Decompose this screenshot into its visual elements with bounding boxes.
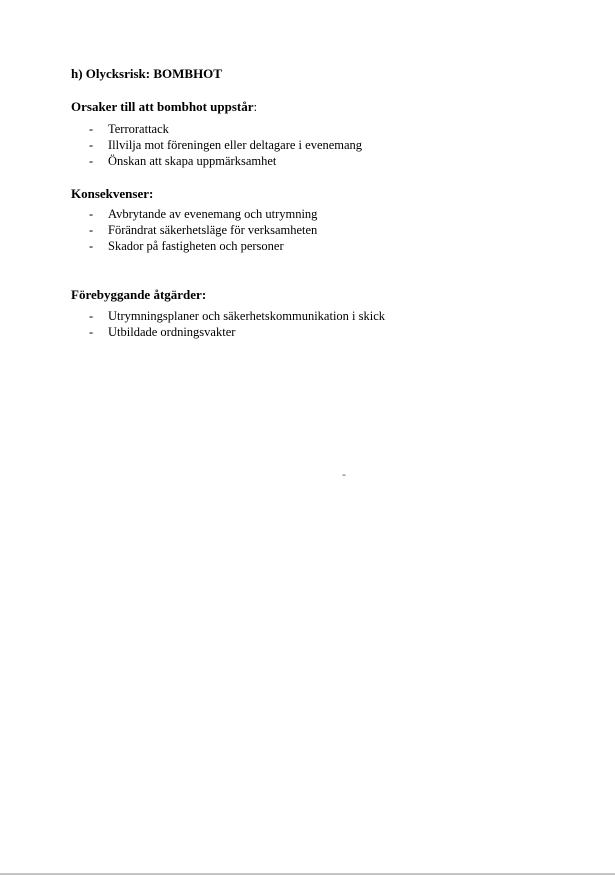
list-item: -Skador på fastigheten och personer — [89, 238, 317, 254]
list-item: -Förändrat säkerhetsläge för verksamhete… — [89, 222, 317, 238]
stray-dash-mark: - — [342, 467, 346, 481]
bullet-dash: - — [89, 153, 108, 169]
bullet-dash: - — [89, 137, 108, 153]
prevention-list: -Utrymningsplaner och säkerhetskommunika… — [89, 308, 385, 340]
section-heading-causes: Orsaker till att bombhot uppstår: — [71, 99, 257, 115]
bullet-dash: - — [89, 238, 108, 254]
section-heading-text: Orsaker till att bombhot uppstår — [71, 99, 254, 114]
causes-list: -Terrorattack -Illvilja mot föreningen e… — [89, 121, 362, 169]
list-item: -Utrymningsplaner och säkerhetskommunika… — [89, 308, 385, 324]
heading-colon: : — [254, 99, 258, 114]
list-item: -Illvilja mot föreningen eller deltagare… — [89, 137, 362, 153]
consequences-list: -Avbrytande av evenemang och utrymning -… — [89, 206, 317, 254]
list-item: -Önskan att skapa uppmärksamhet — [89, 153, 362, 169]
bullet-dash: - — [89, 222, 108, 238]
section-heading-prevention: Förebyggande åtgärder: — [71, 287, 206, 303]
list-item: -Terrorattack — [89, 121, 362, 137]
bullet-dash: - — [89, 121, 108, 137]
section-heading-consequences: Konsekvenser: — [71, 186, 153, 202]
list-item: -Avbrytande av evenemang och utrymning — [89, 206, 317, 222]
list-item: -Utbildade ordningsvakter — [89, 324, 385, 340]
bullet-dash: - — [89, 206, 108, 222]
bullet-dash: - — [89, 308, 108, 324]
document-page: h) Olycksrisk: BOMBHOT Orsaker till att … — [0, 0, 615, 873]
bullet-dash: - — [89, 324, 108, 340]
document-title: h) Olycksrisk: BOMBHOT — [71, 66, 222, 82]
